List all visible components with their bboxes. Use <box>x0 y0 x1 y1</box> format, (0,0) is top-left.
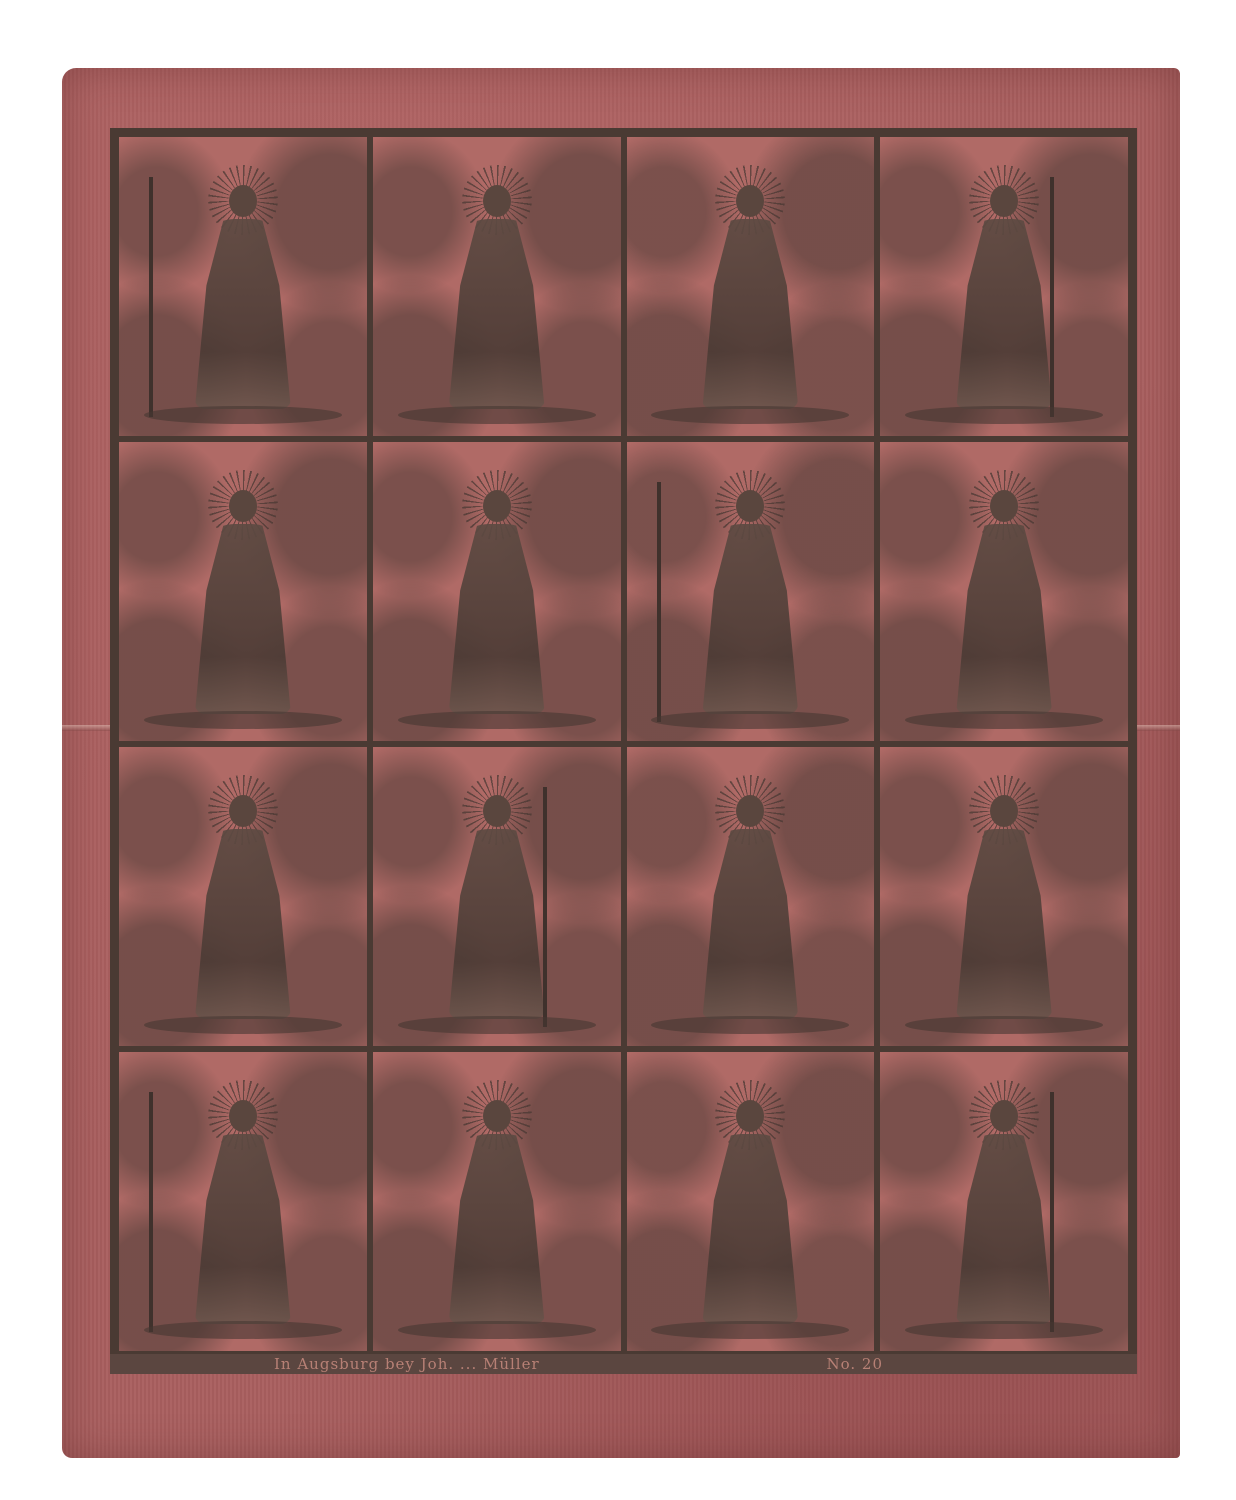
ground <box>398 711 596 729</box>
ground <box>651 1321 849 1339</box>
saint-panel <box>624 439 878 744</box>
ground <box>398 1321 596 1339</box>
saint-panel <box>370 134 624 439</box>
saint-panel <box>877 1049 1131 1354</box>
ground <box>398 406 596 424</box>
ground <box>144 1321 342 1339</box>
printer-inscription: In Augsburg bey Joh. ... Müller No. 20 <box>110 1354 1137 1374</box>
saint-panel <box>624 744 878 1049</box>
saint-figure <box>195 1134 291 1324</box>
staff-icon <box>149 177 153 417</box>
saint-head <box>990 490 1018 522</box>
saint-panel <box>877 744 1131 1049</box>
saint-figure <box>956 524 1052 714</box>
ground <box>905 406 1103 424</box>
saint-panel <box>116 439 370 744</box>
saint-figure <box>702 1134 798 1324</box>
saint-panel <box>116 744 370 1049</box>
saint-panel <box>116 1049 370 1354</box>
saint-figure <box>702 829 798 1019</box>
inscription-publisher: In Augsburg bey Joh. ... Müller <box>134 1354 540 1374</box>
saint-figure <box>956 219 1052 409</box>
saint-panel <box>877 439 1131 744</box>
saint-head <box>229 795 257 827</box>
ground <box>905 1321 1103 1339</box>
printed-sheet: In Augsburg bey Joh. ... Müller No. 20 <box>62 68 1180 1458</box>
saint-figure <box>449 524 545 714</box>
inscription-number: No. 20 <box>826 1354 1113 1374</box>
saint-head <box>483 185 511 217</box>
saint-figure <box>702 524 798 714</box>
saint-panel <box>624 1049 878 1354</box>
saint-figure <box>449 829 545 1019</box>
staff-icon <box>1050 1092 1054 1332</box>
ground <box>905 711 1103 729</box>
ground <box>651 711 849 729</box>
saint-head <box>483 795 511 827</box>
saint-figure <box>195 219 291 409</box>
saint-figure <box>195 829 291 1019</box>
saint-head <box>229 1100 257 1132</box>
saint-figure <box>956 829 1052 1019</box>
saint-head <box>990 1100 1018 1132</box>
ground <box>651 1016 849 1034</box>
staff-icon <box>1050 177 1054 417</box>
staff-icon <box>543 787 547 1027</box>
saint-head <box>229 185 257 217</box>
saint-panel <box>370 439 624 744</box>
saint-head <box>229 490 257 522</box>
saint-panel <box>116 134 370 439</box>
saint-figure <box>956 1134 1052 1324</box>
saint-figure <box>449 1134 545 1324</box>
saint-head <box>990 795 1018 827</box>
ground <box>651 406 849 424</box>
ground <box>144 406 342 424</box>
saint-head <box>483 1100 511 1132</box>
saint-panel <box>370 1049 624 1354</box>
saint-panel <box>877 134 1131 439</box>
saint-figure <box>449 219 545 409</box>
saint-head <box>990 185 1018 217</box>
staff-icon <box>149 1092 153 1332</box>
saints-grid <box>110 128 1137 1360</box>
staff-icon <box>657 482 661 722</box>
saint-panel <box>624 134 878 439</box>
ground <box>144 711 342 729</box>
saint-figure <box>195 524 291 714</box>
saint-figure <box>702 219 798 409</box>
ground <box>905 1016 1103 1034</box>
ground <box>144 1016 342 1034</box>
saint-head <box>483 490 511 522</box>
saint-panel <box>370 744 624 1049</box>
ground <box>398 1016 596 1034</box>
